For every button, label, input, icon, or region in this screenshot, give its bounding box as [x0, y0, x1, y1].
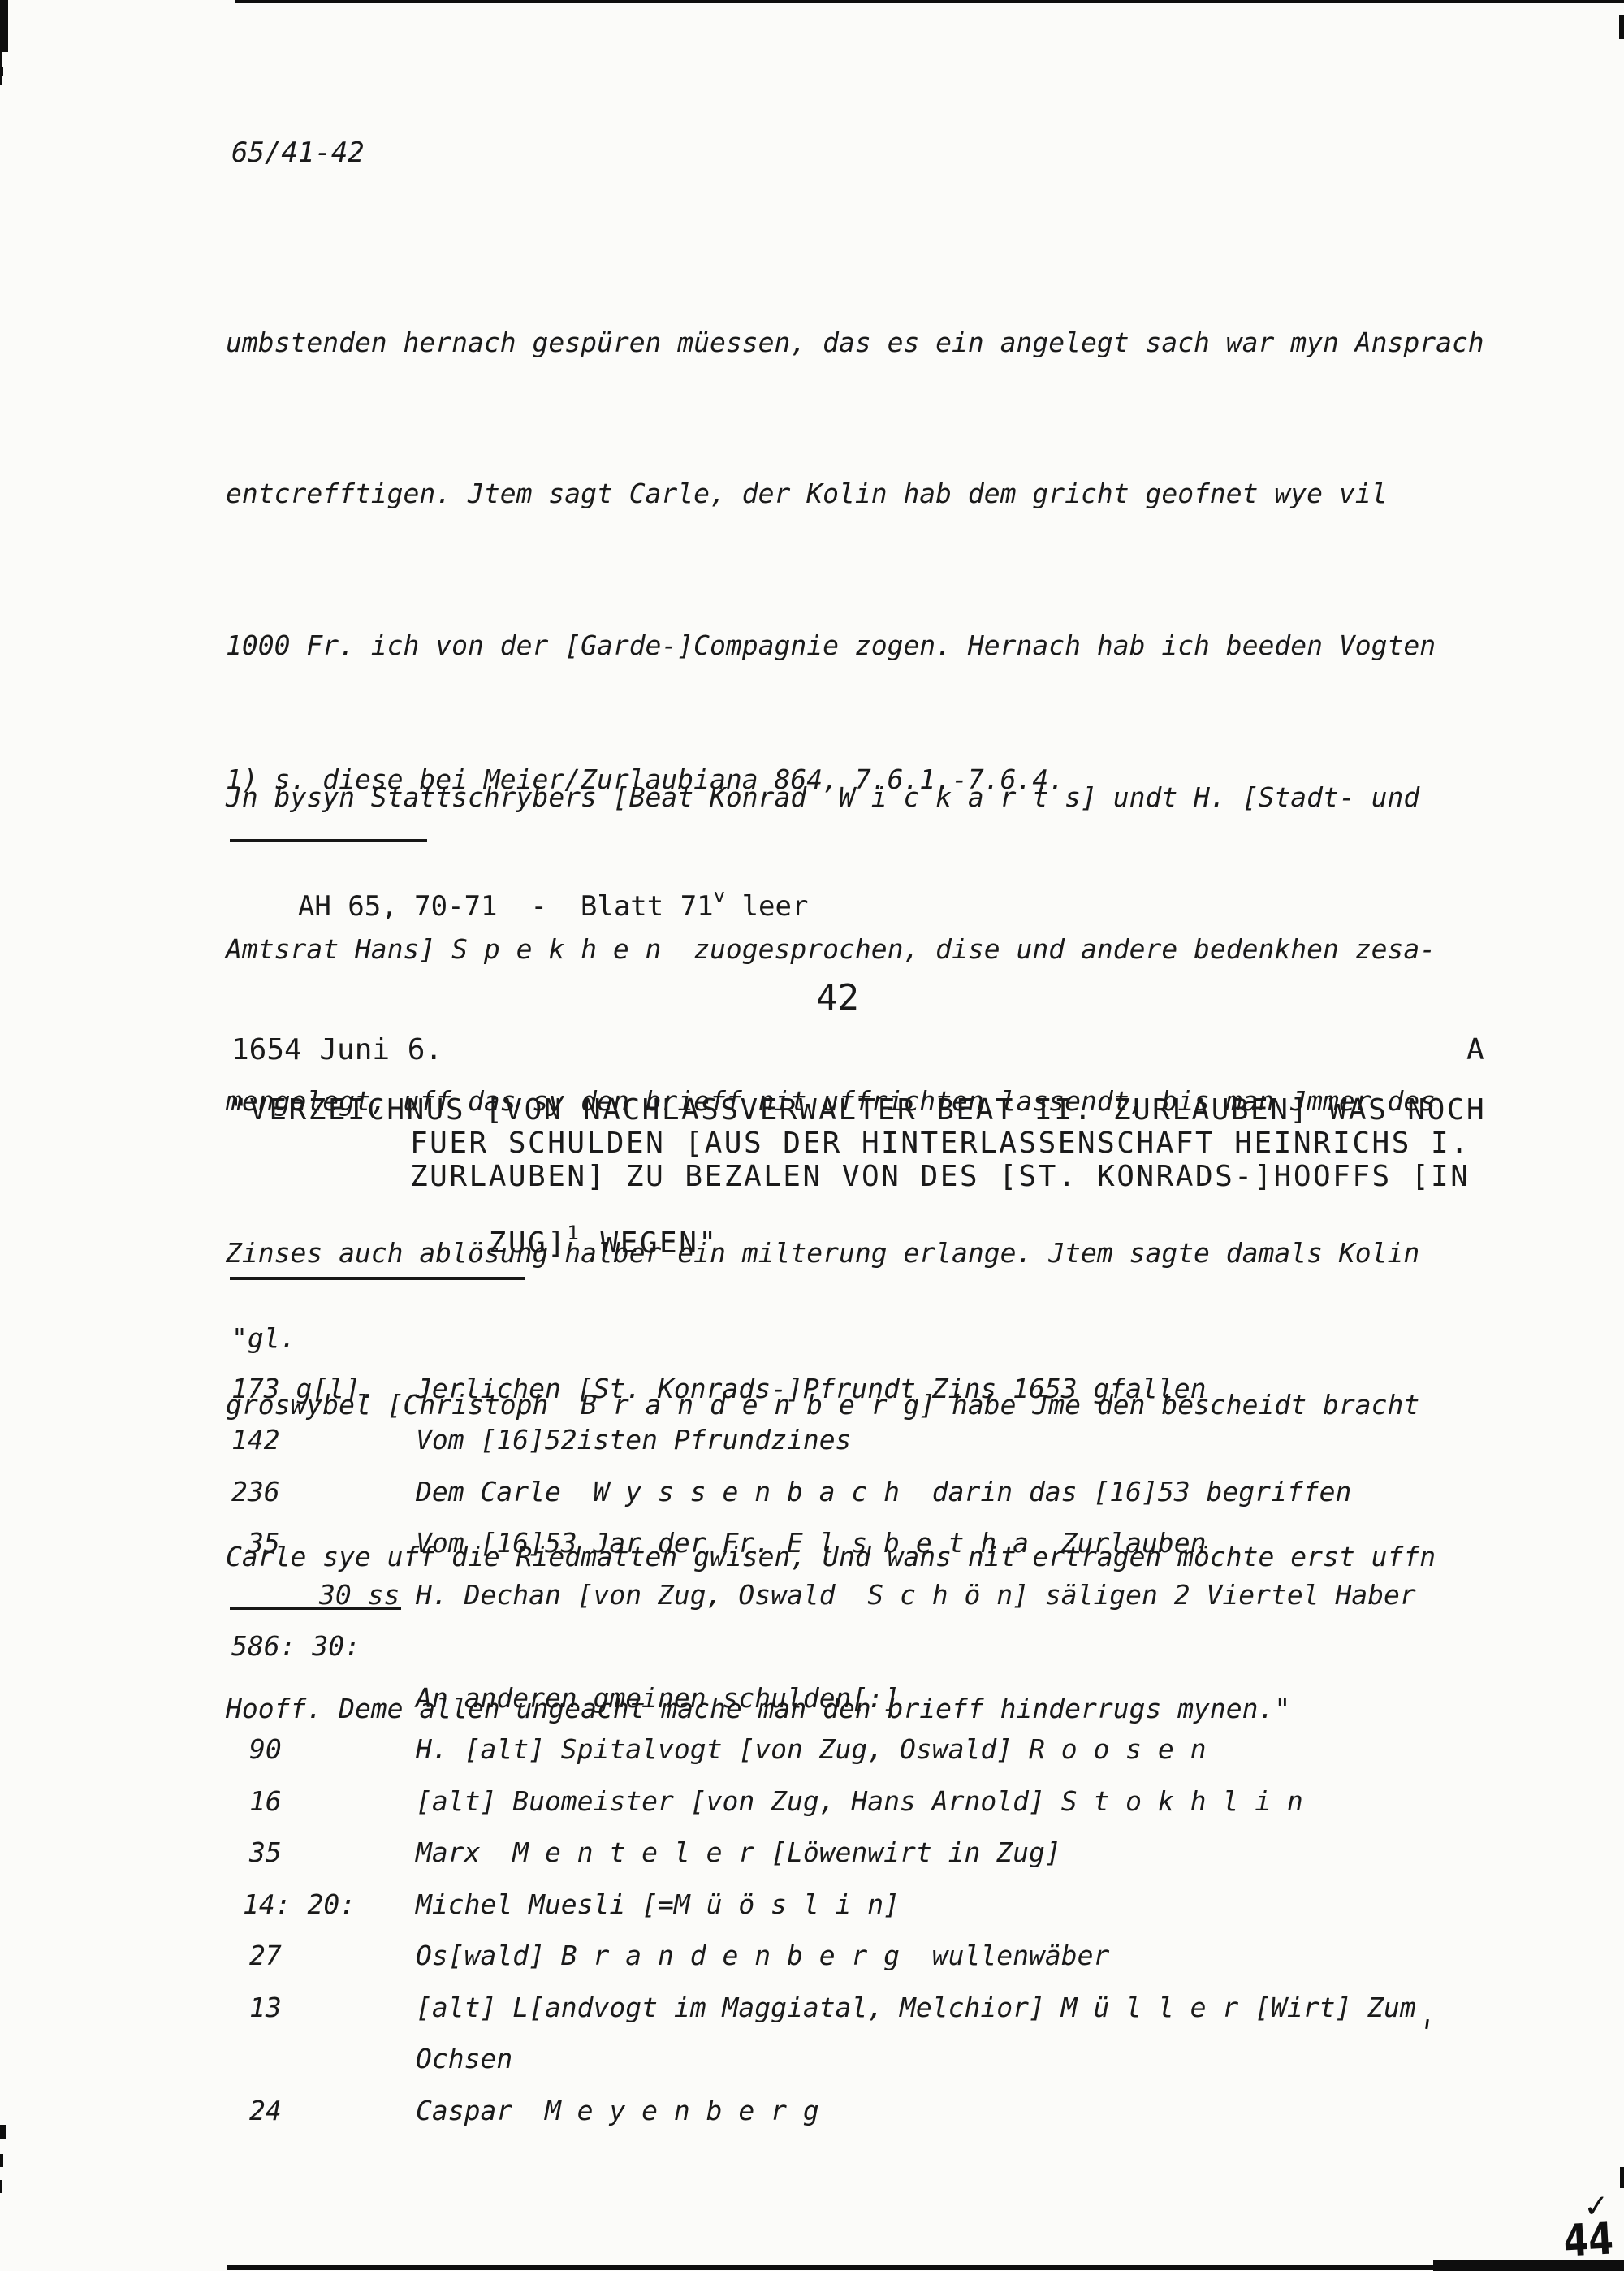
ledger-amount: 35 — [248, 1527, 280, 1559]
handwritten-page-number: 44 — [1562, 2213, 1614, 2267]
ledger-description: Os[wald] B r a n d e n b e r g wullenwäb… — [416, 1940, 1109, 1971]
entry-title-superscript: 1 — [567, 1222, 581, 1244]
entry-marker: A — [1466, 1033, 1484, 1066]
entry-date: 1654 Juni 6. — [231, 1033, 443, 1066]
ledger-description: Caspar M e y e n b e r g — [416, 2095, 819, 2126]
scan-artifact-right-top-mark — [1619, 15, 1624, 39]
ledger-description: Marx M e n t e l e r [Löwenwirt in Zug] — [416, 1836, 1061, 1868]
ledger-row: 236 Dem Carle W y s s e n b a c h darin … — [0, 1476, 1624, 1513]
ledger-row: 35 Marx M e n t e l e r [Löwenwirt in Zu… — [0, 1836, 1624, 1874]
ledger-row: 16 [alt] Buomeister [von Zug, Hans Arnol… — [0, 1785, 1624, 1823]
ledger-row: Ochsen — [0, 2043, 1624, 2080]
ledger-amount: 90 — [249, 1733, 282, 1765]
quote-line: umbstenden hernach gespüren müessen, das… — [226, 318, 1484, 368]
ledger-row: 27 Os[wald] B r a n d e n b e r g wullen… — [0, 1940, 1624, 1977]
ledger-row: 586: 30: — [0, 1630, 1624, 1668]
ledger-row: 13 [alt] L[andvogt im Maggiatal, Melchio… — [0, 1992, 1624, 2029]
ledger-amount: 236 — [231, 1476, 280, 1508]
ledger-row: 14: 20: Michel Muesli [=M ü ö s l i n] — [0, 1888, 1624, 1926]
ledger-amount: 16 — [249, 1785, 282, 1817]
sum-underline — [230, 1607, 401, 1610]
ledger-row: 173 g[l]. Jerlichen [St. Konrads-]Pfrund… — [0, 1373, 1624, 1410]
scan-artifact-bottom-left-blob3 — [0, 2180, 2, 2193]
ledger-amount: 173 g[l]. — [231, 1373, 377, 1404]
ledger-amount: 24 — [249, 2095, 282, 2126]
ledger-sum: 586: 30: — [231, 1630, 361, 1662]
footnote: 1) s. diese bei Meier/Zurlaubiana 864, 7… — [226, 763, 1065, 795]
ledger-row: 24 Caspar M e y e n b e r g — [0, 2095, 1624, 2132]
ledger-description: [alt] Buomeister [von Zug, Hans Arnold] … — [416, 1785, 1303, 1817]
entry-title-line: FUER SCHULDEN [AUS DER HINTERLASSENSCHAF… — [410, 1127, 1470, 1160]
scan-artifact-right-bottom-mark — [1620, 2167, 1624, 2188]
entry-title-line: "VERZEICHNUS [VON NACHLASSVERWALTER BEAT… — [230, 1093, 1486, 1127]
ledger-rule — [230, 1277, 525, 1280]
page-header: 65/41-42 — [231, 136, 365, 169]
scan-artifact-bottom-line — [227, 2265, 1624, 2270]
ledger-description: H. [alt] Spitalvogt [von Zug, Oswald] R … — [416, 1733, 1207, 1765]
source-line-suffix: leer — [725, 890, 808, 923]
ledger-amount: 142 — [231, 1424, 280, 1456]
footnote-rule — [230, 839, 427, 842]
quote-line: entcrefftigen. Jtem sagt Carle, der Koli… — [226, 469, 1484, 519]
ledger-description: Dem Carle W y s s e n b a c h darin das … — [416, 1476, 1351, 1508]
ledger-amount: 13 — [249, 1992, 282, 2023]
entry-title-line: ZURLAUBEN] ZU BEZALEN VON DES [ST. KONRA… — [410, 1160, 1470, 1193]
ledger-description-continuation: Ochsen — [416, 2043, 512, 2074]
ledger-description: Vom [16]53 Jar der Fr. E l s b e t h a Z… — [416, 1527, 1207, 1559]
source-line-text: AH 65, 70-71 - Blatt 71 — [298, 890, 714, 923]
source-line: AH 65, 70-71 - Blatt 71v leer — [231, 858, 808, 955]
ledger-row: 142 Vom [16]52isten Pfrundzines — [0, 1424, 1624, 1461]
scan-artifact-left-tick — [0, 67, 3, 76]
ledger-currency-header: "gl. — [231, 1322, 296, 1354]
ledger-description: H. Dechan [von Zug, Oswald S c h ö n] sä… — [416, 1579, 1416, 1611]
ledger-amount: 27 — [249, 1940, 282, 1971]
ledger-description: [alt] L[andvogt im Maggiatal, Melchior] … — [416, 1992, 1416, 2023]
ledger-amount: 14: 20: — [243, 1888, 356, 1920]
ledger-description: Michel Muesli [=M ü ö s l i n] — [416, 1888, 900, 1920]
ledger-section-header: An anderen gmeinen schulden[:] — [416, 1682, 900, 1714]
quote-line: 1000 Fr. ich von der [Garde-]Compagnie z… — [226, 621, 1484, 671]
ledger-description: Vom [16]52isten Pfrundzines — [416, 1424, 851, 1456]
entry-title-text: ZUG] — [489, 1226, 568, 1260]
ledger-row: 90 H. [alt] Spitalvogt [von Zug, Oswald]… — [0, 1733, 1624, 1771]
source-line-superscript: v — [714, 885, 725, 907]
ledger-row: 35 Vom [16]53 Jar der Fr. E l s b e t h … — [0, 1527, 1624, 1564]
ledger-description: Jerlichen [St. Konrads-]Pfrundt Zins 165… — [416, 1373, 1207, 1404]
entry-title-suffix: WEGEN" — [581, 1226, 718, 1260]
scan-artifact-top-line — [235, 0, 1624, 3]
scan-artifact-bottom-left-blob2 — [0, 2154, 3, 2167]
document-page: 65/41-42 umbstenden hernach gespüren müe… — [0, 0, 1624, 2271]
ledger-row: An anderen gmeinen schulden[:] — [0, 1682, 1624, 1719]
ledger-row: 30 ss H. Dechan [von Zug, Oswald S c h ö… — [0, 1579, 1624, 1616]
entry-number: 42 — [816, 977, 859, 1019]
ledger-amount: 35 — [249, 1836, 282, 1868]
